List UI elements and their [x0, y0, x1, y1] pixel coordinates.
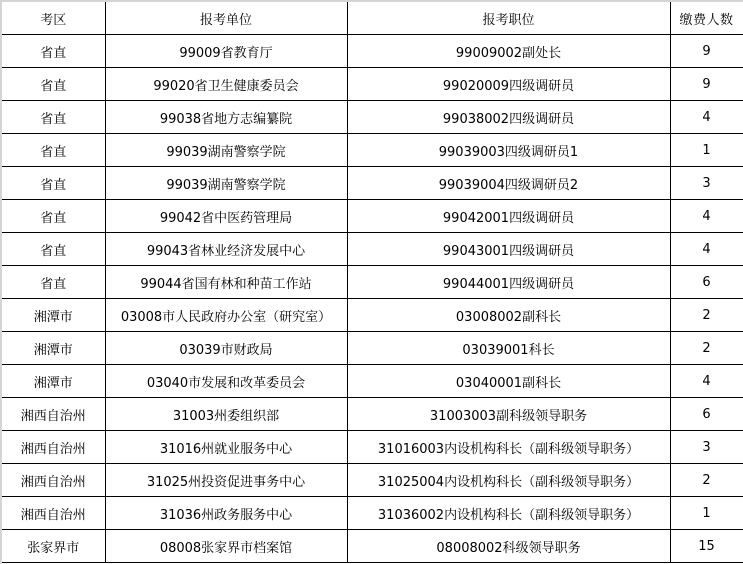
table-row: 湘西自治州31025州投资促进事务中心31025004内设机构科长（副科级领导职…	[2, 464, 743, 497]
cell-count: 2	[670, 299, 743, 332]
cell-region: 省直	[2, 68, 105, 101]
table-row: 省直99042省中医药管理局99042001四级调研员4	[2, 200, 743, 233]
cell-count: 2	[670, 332, 743, 365]
header-row: 考区 报考单位 报考职位 缴费人数	[2, 2, 743, 35]
cell-count: 6	[670, 398, 743, 431]
cell-unit: 31016州就业服务中心	[105, 431, 347, 464]
table-row: 湘潭市03040市发展和改革委员会03040001副科长4	[2, 365, 743, 398]
cell-position: 99009002副处长	[347, 35, 670, 68]
cell-unit: 99020省卫生健康委员会	[105, 68, 347, 101]
cell-region: 省直	[2, 200, 105, 233]
table-row: 省直99038省地方志编纂院99038002四级调研员4	[2, 101, 743, 134]
table-row: 省直99039湖南警察学院99039004四级调研员23	[2, 167, 743, 200]
cell-unit: 99039湖南警察学院	[105, 134, 347, 167]
cell-count: 2	[670, 464, 743, 497]
cell-unit: 99009省教育厅	[105, 35, 347, 68]
cell-unit: 03008市人民政府办公室（研究室）	[105, 299, 347, 332]
cell-count: 9	[670, 68, 743, 101]
cell-region: 省直	[2, 101, 105, 134]
cell-position: 99042001四级调研员	[347, 200, 670, 233]
cell-region: 湘西自治州	[2, 464, 105, 497]
cell-unit: 99044省国有林和种苗工作站	[105, 266, 347, 299]
cell-unit: 99039湖南警察学院	[105, 167, 347, 200]
cell-count: 9	[670, 35, 743, 68]
cell-region: 省直	[2, 233, 105, 266]
cell-region: 省直	[2, 134, 105, 167]
cell-unit: 31003州委组织部	[105, 398, 347, 431]
cell-unit: 99038省地方志编纂院	[105, 101, 347, 134]
cell-unit: 08008张家界市档案馆	[105, 530, 347, 563]
cell-count: 4	[670, 101, 743, 134]
registration-table: 考区 报考单位 报考职位 缴费人数 省直99009省教育厅99009002副处长…	[2, 2, 743, 563]
header-region: 考区	[2, 2, 105, 35]
cell-unit: 31025州投资促进事务中心	[105, 464, 347, 497]
cell-count: 3	[670, 167, 743, 200]
table-row: 省直99009省教育厅99009002副处长9	[2, 35, 743, 68]
cell-position: 99020009四级调研员	[347, 68, 670, 101]
header-unit: 报考单位	[105, 2, 347, 35]
cell-position: 03040001副科长	[347, 365, 670, 398]
cell-count: 4	[670, 200, 743, 233]
cell-position: 03008002副科长	[347, 299, 670, 332]
cell-count: 15	[670, 530, 743, 563]
table-row: 张家界市08008张家界市档案馆08008002科级领导职务15	[2, 530, 743, 563]
cell-region: 省直	[2, 35, 105, 68]
table-row: 湘潭市03039市财政局03039001科长2	[2, 332, 743, 365]
cell-position: 31016003内设机构科长（副科级领导职务）	[347, 431, 670, 464]
cell-position: 99043001四级调研员	[347, 233, 670, 266]
table-row: 湘西自治州31003州委组织部31003003副科级领导职务6	[2, 398, 743, 431]
cell-region: 湘潭市	[2, 299, 105, 332]
table-row: 省直99020省卫生健康委员会99020009四级调研员9	[2, 68, 743, 101]
cell-region: 湘西自治州	[2, 497, 105, 530]
table-row: 省直99044省国有林和种苗工作站99044001四级调研员6	[2, 266, 743, 299]
cell-count: 4	[670, 233, 743, 266]
cell-count: 3	[670, 431, 743, 464]
cell-unit: 03039市财政局	[105, 332, 347, 365]
cell-position: 31036002内设机构科长（副科级领导职务）	[347, 497, 670, 530]
cell-region: 湘潭市	[2, 332, 105, 365]
cell-region: 湘西自治州	[2, 431, 105, 464]
cell-position: 99039004四级调研员2	[347, 167, 670, 200]
cell-unit: 03040市发展和改革委员会	[105, 365, 347, 398]
cell-region: 湘西自治州	[2, 398, 105, 431]
cell-region: 省直	[2, 167, 105, 200]
cell-position: 03039001科长	[347, 332, 670, 365]
table-row: 省直99039湖南警察学院99039003四级调研员11	[2, 134, 743, 167]
cell-region: 张家界市	[2, 530, 105, 563]
table-row: 省直99043省林业经济发展中心99043001四级调研员4	[2, 233, 743, 266]
cell-unit: 99042省中医药管理局	[105, 200, 347, 233]
cell-count: 1	[670, 497, 743, 530]
header-position: 报考职位	[347, 2, 670, 35]
table-row: 湘潭市03008市人民政府办公室（研究室）03008002副科长2	[2, 299, 743, 332]
cell-position: 31025004内设机构科长（副科级领导职务）	[347, 464, 670, 497]
cell-position: 31003003副科级领导职务	[347, 398, 670, 431]
cell-count: 1	[670, 134, 743, 167]
header-count: 缴费人数	[670, 2, 743, 35]
table-row: 湘西自治州31036州政务服务中心31036002内设机构科长（副科级领导职务）…	[2, 497, 743, 530]
cell-count: 4	[670, 365, 743, 398]
cell-region: 省直	[2, 266, 105, 299]
cell-count: 6	[670, 266, 743, 299]
cell-region: 湘潭市	[2, 365, 105, 398]
cell-position: 08008002科级领导职务	[347, 530, 670, 563]
cell-position: 99038002四级调研员	[347, 101, 670, 134]
cell-unit: 31036州政务服务中心	[105, 497, 347, 530]
cell-unit: 99043省林业经济发展中心	[105, 233, 347, 266]
cell-position: 99044001四级调研员	[347, 266, 670, 299]
cell-position: 99039003四级调研员1	[347, 134, 670, 167]
table-row: 湘西自治州31016州就业服务中心31016003内设机构科长（副科级领导职务）…	[2, 431, 743, 464]
